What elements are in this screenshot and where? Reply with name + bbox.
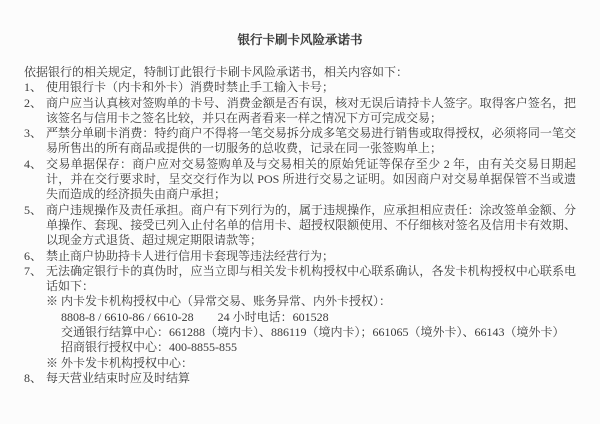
list-item: 1、 使用银行卡（内卡和外卡）消费时禁止手工输入卡号； <box>24 80 576 95</box>
item-number: 3、 <box>24 126 46 157</box>
phone-line: 8808-8 / 6610-86 / 6610-28 24 小时电话：60152… <box>24 310 576 325</box>
item-text: 商户违规操作及责任承担。商户有下列行为的，属于违规操作，应承担相应责任：涂改签单… <box>46 203 576 249</box>
item-text: 无法确定银行卡的真伪时，应当立即与相关发卡机构授权中心联系确认，各发卡机构授权中… <box>46 264 576 295</box>
list-item: 7、 无法确定银行卡的真伪时，应当立即与相关发卡机构授权中心联系确认，各发卡机构… <box>24 264 576 295</box>
item-number: 6、 <box>24 249 46 264</box>
list-item: 4、 交易单据保存：商户应对交易签购单及与交易相关的原始凭证等保存至少 2 年，… <box>24 157 576 203</box>
list-item: 6、 禁止商户协助持卡人进行信用卡套现等违法经营行为； <box>24 249 576 264</box>
item-text: 商户应当认真核对签购单的卡号、消费金额是否有误，核对无误后请持卡人签字。取得客户… <box>46 96 576 127</box>
item-text: 禁止商户协助持卡人进行信用卡套现等违法经营行为； <box>46 249 576 264</box>
page-title: 银行卡刷卡风险承诺书 <box>24 33 576 47</box>
phone-line: 交通银行结算中心：661288（境内卡）、886119（境内卡）；661065（… <box>24 325 576 340</box>
phone-line: 招商银行授权中心：400-8855-855 <box>24 340 576 355</box>
document-page: 银行卡刷卡风险承诺书 依据银行的相关规定，特制订此银行卡刷卡风险承诺书，相关内容… <box>0 0 600 424</box>
list-item: 5、 商户违规操作及责任承担。商户有下列行为的，属于违规操作，应承担相应责任：涂… <box>24 203 576 249</box>
outer-card-auth-heading: ※ 外卡发卡机构授权中心： <box>24 356 576 371</box>
item-text: 严禁分单刷卡消费：特约商户不得将一笔交易拆分成多笔交易进行销售或取得授权，必须将… <box>46 126 576 157</box>
item-number: 1、 <box>24 80 46 95</box>
list-item: 8、 每天营业结束时应及时结算 <box>24 371 576 386</box>
item-text: 每天营业结束时应及时结算 <box>46 371 576 386</box>
item-text: 使用银行卡（内卡和外卡）消费时禁止手工输入卡号； <box>46 80 576 95</box>
item-number: 7、 <box>24 264 46 295</box>
item-number: 5、 <box>24 203 46 249</box>
item-number: 8、 <box>24 371 46 386</box>
list-item: 3、 严禁分单刷卡消费：特约商户不得将一笔交易拆分成多笔交易进行销售或取得授权，… <box>24 126 576 157</box>
document-body: 依据银行的相关规定，特制订此银行卡刷卡风险承诺书，相关内容如下： 1、 使用银行… <box>24 65 576 386</box>
inner-card-auth-heading: ※ 内卡发卡机构授权中心（异常交易、账务异常、内外卡授权）： <box>24 294 576 309</box>
list-item: 2、 商户应当认真核对签购单的卡号、消费金额是否有误，核对无误后请持卡人签字。取… <box>24 96 576 127</box>
intro-paragraph: 依据银行的相关规定，特制订此银行卡刷卡风险承诺书，相关内容如下： <box>24 65 576 80</box>
item-number: 2、 <box>24 96 46 127</box>
item-number: 4、 <box>24 157 46 203</box>
item-text: 交易单据保存：商户应对交易签购单及与交易相关的原始凭证等保存至少 2 年，由有关… <box>46 157 576 203</box>
